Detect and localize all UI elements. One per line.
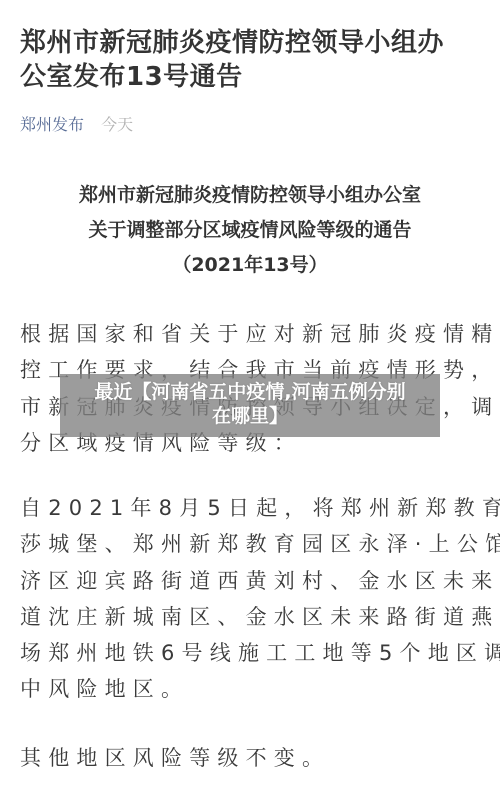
paragraph-line: 场郑州地铁6号线施工工地等5个地区调整为 — [20, 635, 490, 671]
doc-header-line: 关于调整部分区域疫情风险等级的通告 — [0, 213, 500, 248]
caption-overlay: 最近【河南省五中疫情,河南五例分别 在哪里】 — [60, 374, 440, 437]
document-header: 郑州市新冠肺炎疫情防控领导小组办公室 关于调整部分区域疫情风险等级的通告 （20… — [0, 178, 500, 283]
article-title: 郑州市新冠肺炎疫情防控领导小组办 公室发布13号通告 — [20, 26, 490, 94]
doc-header-line: 郑州市新冠肺炎疫情防控领导小组办公室 — [0, 178, 500, 213]
body-paragraph-3: 其他地区风险等级不变。 — [20, 740, 490, 776]
article-meta: 郑州发布 今天 — [20, 114, 133, 136]
title-line: 郑州市新冠肺炎疫情防控领导小组办 — [20, 26, 490, 60]
paragraph-line: 根据国家和省关于应对新冠肺炎疫情精准防 — [20, 316, 490, 352]
paragraph-line: 济区迎宾路街道西黄刘村、金水区未来路街 — [20, 563, 490, 599]
doc-header-line: （2021年13号） — [0, 248, 500, 283]
paragraph-line: 莎城堡、郑州新郑教育园区永泽·上公馆、惠 — [20, 526, 490, 562]
overlay-line: 在哪里】 — [60, 404, 440, 428]
paragraph-line: 自2021年8月5日起，将郑州新郑教育园区温 — [20, 490, 490, 526]
paragraph-line: 中风险地区。 — [20, 671, 490, 707]
author-link[interactable]: 郑州发布 — [20, 115, 84, 134]
body-paragraph-2: 自2021年8月5日起，将郑州新郑教育园区温 莎城堡、郑州新郑教育园区永泽·上公… — [20, 490, 490, 708]
title-line: 公室发布13号通告 — [20, 60, 490, 94]
paragraph-line: 其他地区风险等级不变。 — [20, 740, 490, 776]
overlay-line: 最近【河南省五中疫情,河南五例分别 — [60, 380, 440, 404]
publish-date: 今天 — [101, 115, 133, 134]
paragraph-line: 道沈庄新城南区、金水区未来路街道燕庄广 — [20, 599, 490, 635]
